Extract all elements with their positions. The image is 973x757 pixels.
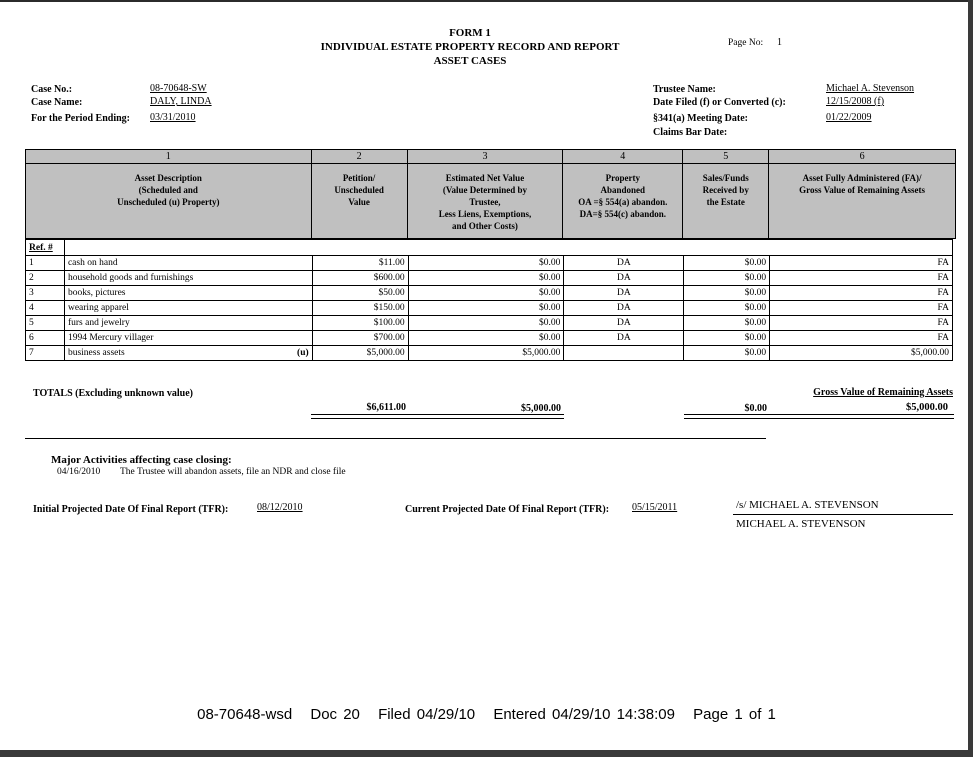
description-cell: books, pictures <box>64 286 312 301</box>
ref-cell: 5 <box>26 316 65 331</box>
abandoned-cell: DA <box>564 286 684 301</box>
header-line: Unscheduled <box>314 184 405 196</box>
period-value: 03/31/2010 <box>150 112 196 123</box>
abandoned-cell: DA <box>564 331 684 346</box>
signature-line <box>733 514 953 515</box>
header-line: Asset Description <box>28 172 309 184</box>
col-number-6: 6 <box>769 150 956 164</box>
remaining-cell: FA <box>770 256 953 271</box>
description-cell: business assets(u) <box>64 346 312 361</box>
date-filed-value: 12/15/2008 (f) <box>826 96 884 107</box>
header-line: Received by <box>685 184 766 196</box>
net-value-cell: $5,000.00 <box>408 346 564 361</box>
meeting-date-label: §341(a) Meeting Date: <box>653 113 748 124</box>
description-text: business assets <box>68 348 125 358</box>
case-name-value: DALY, LINDA <box>150 96 212 107</box>
footer-doc: Doc 20 <box>310 706 360 723</box>
description-cell: wearing apparel <box>64 301 312 316</box>
description-cell: 1994 Mercury villager <box>64 331 312 346</box>
footer-entered: Entered 04/29/10 14:38:09 <box>493 706 675 723</box>
remaining-cell: $5,000.00 <box>770 346 953 361</box>
footer-filed: Filed 04/29/10 <box>378 706 475 723</box>
remaining-cell: FA <box>770 286 953 301</box>
description-cell: household goods and furnishings <box>64 271 312 286</box>
ref-cell: 4 <box>26 301 65 316</box>
description-text: books, pictures <box>68 288 126 298</box>
header-line: the Estate <box>685 196 766 208</box>
total-net-value: $5,000.00 <box>408 403 561 414</box>
ref-row-spacer <box>64 240 952 256</box>
current-tfr-label: Current Projected Date Of Final Report (… <box>405 504 609 515</box>
page-border-top <box>0 0 973 2</box>
description-text: 1994 Mercury villager <box>68 333 153 343</box>
col-header-sales-funds: Sales/Funds Received by the Estate <box>683 164 769 239</box>
header-line: Sales/Funds <box>685 172 766 184</box>
signature-name: MICHAEL A. STEVENSON <box>736 518 865 530</box>
page-border-right <box>968 0 973 757</box>
table-row: 3books, pictures$50.00$0.00DA$0.00FA <box>26 286 953 301</box>
sales-cell: $0.00 <box>684 331 770 346</box>
table-row: 1cash on hand$11.00$0.00DA$0.00FA <box>26 256 953 271</box>
total-underline <box>684 414 770 419</box>
net-value-cell: $0.00 <box>408 256 564 271</box>
date-filed-label: Date Filed (f) or Converted (c): <box>653 97 786 108</box>
filing-footer: 08-70648-wsd Doc 20 Filed 04/29/10 Enter… <box>0 706 973 723</box>
description-text: cash on hand <box>68 258 118 268</box>
remaining-cell: FA <box>770 301 953 316</box>
claims-bar-label: Claims Bar Date: <box>653 127 727 138</box>
page-no-value: 1 <box>777 37 782 48</box>
ref-cell: 6 <box>26 331 65 346</box>
col-number-4: 4 <box>563 150 683 164</box>
table-row: 61994 Mercury villager$700.00$0.00DA$0.0… <box>26 331 953 346</box>
initial-tfr-value: 08/12/2010 <box>257 502 303 513</box>
trustee-value: Michael A. Stevenson <box>826 83 914 94</box>
sales-cell: $0.00 <box>684 346 770 361</box>
petition-value-cell: $600.00 <box>312 271 408 286</box>
sales-cell: $0.00 <box>684 316 770 331</box>
header-line: Less Liens, Exemptions, <box>410 208 561 220</box>
total-petition-value: $6,611.00 <box>312 402 406 413</box>
header-line: Property <box>565 172 680 184</box>
description-text: wearing apparel <box>68 303 129 313</box>
col-number-3: 3 <box>407 150 563 164</box>
activities-heading: Major Activities affecting case closing: <box>51 454 232 466</box>
trustee-label: Trustee Name: <box>653 84 716 95</box>
table-row: 2household goods and furnishings$600.00$… <box>26 271 953 286</box>
col-header-property-abandoned: Property Abandoned OA =§ 554(a) abandon.… <box>563 164 683 239</box>
header-line: and Other Costs) <box>410 220 561 232</box>
abandoned-cell: DA <box>564 271 684 286</box>
col-number-1: 1 <box>26 150 312 164</box>
description-text: household goods and furnishings <box>68 273 193 283</box>
header-line: Gross Value of Remaining Assets <box>771 184 953 196</box>
activity-date: 04/16/2010 <box>57 467 100 477</box>
remaining-cell: FA <box>770 331 953 346</box>
ref-cell: 3 <box>26 286 65 301</box>
net-value-cell: $0.00 <box>408 331 564 346</box>
abandoned-cell <box>564 346 684 361</box>
col-number-2: 2 <box>311 150 407 164</box>
current-tfr-value: 05/15/2011 <box>632 502 677 513</box>
description-cell: cash on hand <box>64 256 312 271</box>
ref-cell: 7 <box>26 346 65 361</box>
form-subtitle-2: ASSET CASES <box>300 54 640 68</box>
header-line: DA=§ 554(c) abandon. <box>565 208 680 220</box>
initial-tfr-label: Initial Projected Date Of Final Report (… <box>33 504 228 515</box>
asset-table-header: 1 2 3 4 5 6 Asset Description (Scheduled… <box>25 149 956 239</box>
table-row: 7business assets(u)$5,000.00$5,000.00$0.… <box>26 346 953 361</box>
signature-signed: /s/ MICHAEL A. STEVENSON <box>736 499 879 511</box>
page-border-bottom <box>0 750 973 757</box>
section-divider <box>25 438 766 439</box>
sales-cell: $0.00 <box>684 286 770 301</box>
net-value-cell: $0.00 <box>408 316 564 331</box>
total-underline <box>770 414 954 419</box>
total-underline <box>408 414 564 419</box>
col-number-5: 5 <box>683 150 769 164</box>
totals-label: TOTALS (Excluding unknown value) <box>33 388 193 399</box>
form-title: FORM 1 <box>300 26 640 40</box>
form-subtitle: INDIVIDUAL ESTATE PROPERTY RECORD AND RE… <box>300 40 640 54</box>
header-line: Unscheduled (u) Property) <box>28 196 309 208</box>
net-value-cell: $0.00 <box>408 271 564 286</box>
petition-value-cell: $150.00 <box>312 301 408 316</box>
petition-value-cell: $700.00 <box>312 331 408 346</box>
header-line: (Scheduled and <box>28 184 309 196</box>
period-label: For the Period Ending: <box>31 113 130 124</box>
header-line: OA =§ 554(a) abandon. <box>565 196 680 208</box>
header-line: Value <box>314 196 405 208</box>
petition-value-cell: $11.00 <box>312 256 408 271</box>
page-no-label: Page No: <box>728 38 763 48</box>
total-remaining-value: $5,000.00 <box>770 402 948 413</box>
header-line: (Value Determined by <box>410 184 561 196</box>
case-no-value: 08-70648-SW <box>150 83 207 94</box>
ref-number-header: Ref. # <box>26 240 65 256</box>
header-line: Asset Fully Administered (FA)/ <box>771 172 953 184</box>
gross-remaining-label: Gross Value of Remaining Assets <box>770 387 953 398</box>
abandoned-cell: DA <box>564 256 684 271</box>
col-header-fully-administered: Asset Fully Administered (FA)/ Gross Val… <box>769 164 956 239</box>
ref-cell: 2 <box>26 271 65 286</box>
sales-cell: $0.00 <box>684 256 770 271</box>
table-row: 4wearing apparel$150.00$0.00DA$0.00FA <box>26 301 953 316</box>
description-text: furs and jewelry <box>68 318 130 328</box>
header-line: Abandoned <box>565 184 680 196</box>
asset-table: Ref. # 1cash on hand$11.00$0.00DA$0.00FA… <box>25 239 953 361</box>
total-underline <box>311 414 408 419</box>
net-value-cell: $0.00 <box>408 286 564 301</box>
abandoned-cell: DA <box>564 316 684 331</box>
activity-text: The Trustee will abandon assets, file an… <box>120 467 346 477</box>
petition-value-cell: $50.00 <box>312 286 408 301</box>
header-line: Petition/ <box>314 172 405 184</box>
petition-value-cell: $5,000.00 <box>312 346 408 361</box>
abandoned-cell: DA <box>564 301 684 316</box>
petition-value-cell: $100.00 <box>312 316 408 331</box>
unscheduled-flag: (u) <box>297 346 309 360</box>
col-header-asset-description: Asset Description (Scheduled and Unsched… <box>26 164 312 239</box>
ref-cell: 1 <box>26 256 65 271</box>
meeting-date-value: 01/22/2009 <box>826 112 872 123</box>
footer-case: 08-70648-wsd <box>197 706 292 723</box>
col-header-petition-value: Petition/ Unscheduled Value <box>311 164 407 239</box>
description-cell: furs and jewelry <box>64 316 312 331</box>
case-name-label: Case Name: <box>31 97 82 108</box>
case-no-label: Case No.: <box>31 84 72 95</box>
remaining-cell: FA <box>770 316 953 331</box>
header-line: Trustee, <box>410 196 561 208</box>
sales-cell: $0.00 <box>684 301 770 316</box>
footer-page: Page 1 of 1 <box>693 706 776 723</box>
remaining-cell: FA <box>770 271 953 286</box>
total-sales-value: $0.00 <box>685 403 767 414</box>
net-value-cell: $0.00 <box>408 301 564 316</box>
header-line: Estimated Net Value <box>410 172 561 184</box>
table-row: 5furs and jewelry$100.00$0.00DA$0.00FA <box>26 316 953 331</box>
sales-cell: $0.00 <box>684 271 770 286</box>
col-header-estimated-net-value: Estimated Net Value (Value Determined by… <box>407 164 563 239</box>
